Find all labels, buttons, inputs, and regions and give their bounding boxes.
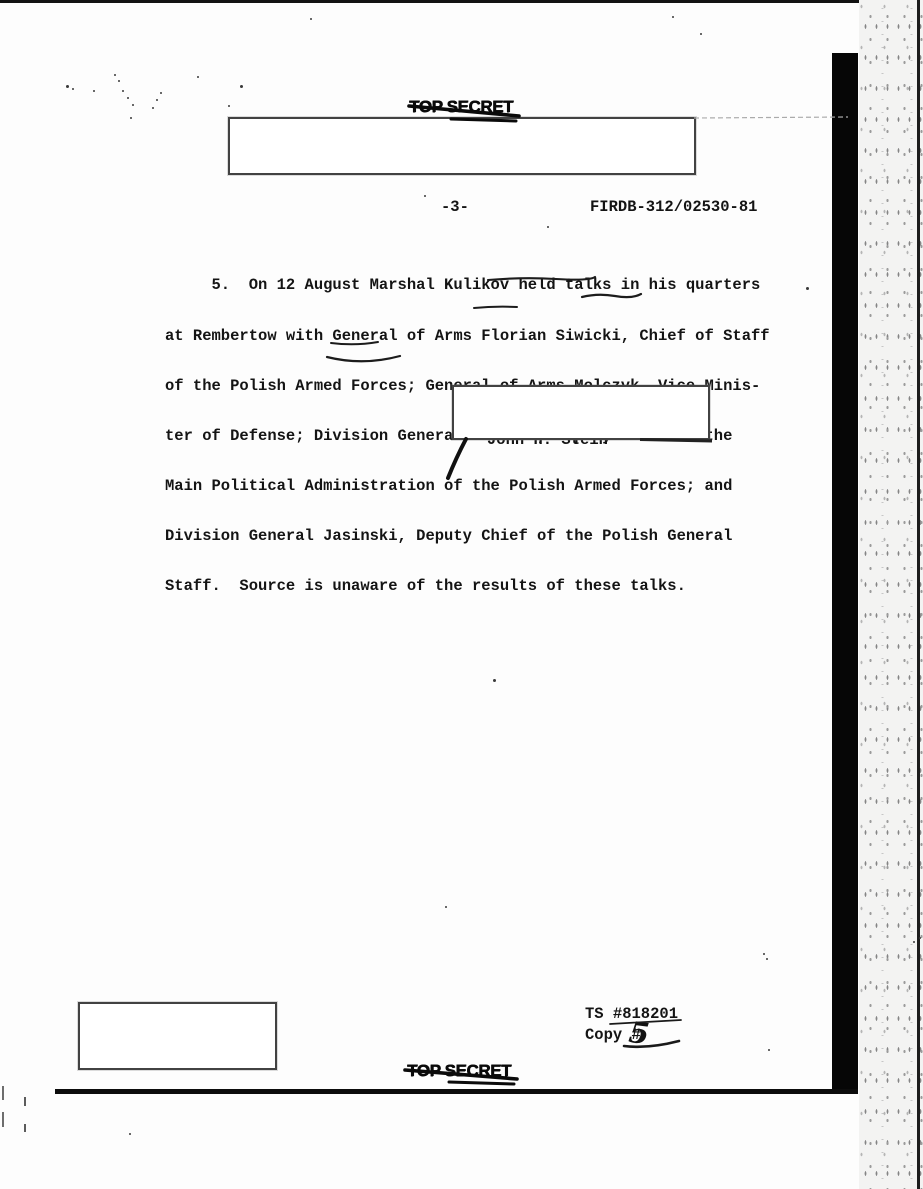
scan-speck [114, 74, 116, 76]
scan-speck [310, 18, 312, 20]
scan-speck [130, 117, 132, 119]
scan-speck [493, 679, 496, 682]
scan-speck [156, 99, 158, 101]
scan-speck [424, 195, 426, 197]
page-number: -3- [441, 198, 469, 216]
scan-speck [768, 1049, 770, 1051]
scan-speck [132, 104, 134, 106]
scan-speck [127, 97, 129, 99]
scan-speck [672, 16, 674, 18]
scan-speck [72, 88, 74, 90]
redaction-box-footer [78, 1002, 277, 1070]
scan-speck [228, 105, 230, 107]
scan-speck [547, 226, 549, 228]
scan-speck [152, 107, 154, 109]
redaction-box-header [228, 117, 696, 175]
scan-speck [129, 1133, 131, 1135]
top-secret-stamp-top: TOP SECRET [409, 97, 513, 117]
top-secret-stamp-bottom: TOP SECRET [407, 1061, 511, 1081]
handwritten-copy-number: 5 [627, 1015, 651, 1051]
body-text-line: Staff. Source is unaware of the results … [165, 578, 770, 595]
stamp-underline-bottom [449, 1082, 514, 1084]
scan-speck [197, 76, 199, 78]
redaction-box-signature [452, 385, 710, 440]
scan-speck [122, 90, 124, 92]
body-text-line: Main Political Administration of the Pol… [165, 478, 770, 495]
top-edge-scan-line [0, 0, 923, 3]
scan-speck [445, 906, 447, 908]
body-text-line: 5. On 12 August Marshal Kulikov held tal… [165, 277, 770, 294]
scan-speck [919, 937, 921, 939]
scan-speck [66, 85, 69, 88]
scan-speck [763, 953, 765, 955]
scan-speck [93, 90, 95, 92]
scan-speck [913, 941, 915, 943]
scan-bleed-line [694, 117, 848, 118]
scan-speck [700, 33, 702, 35]
right-edge-scan-line [917, 0, 920, 1189]
scan-speck [118, 80, 120, 82]
scan-speck [806, 287, 809, 290]
bottom-horizontal-rule [55, 1089, 858, 1094]
body-text-line: at Rembertow with General of Arms Floria… [165, 328, 770, 345]
scan-speck [766, 958, 768, 960]
right-margin-scan-texture [859, 0, 923, 1189]
document-reference-number: FIRDB-312/02530-81 [590, 198, 757, 216]
scan-speck [160, 92, 162, 94]
scan-speck [240, 85, 243, 88]
body-text-line: Division General Jasinski, Deputy Chief … [165, 528, 770, 545]
scanned-document-page: TOP SECRET TOP SECRET -3- FIRDB-312/0253… [0, 0, 923, 1189]
binder-black-bar [832, 53, 858, 1094]
